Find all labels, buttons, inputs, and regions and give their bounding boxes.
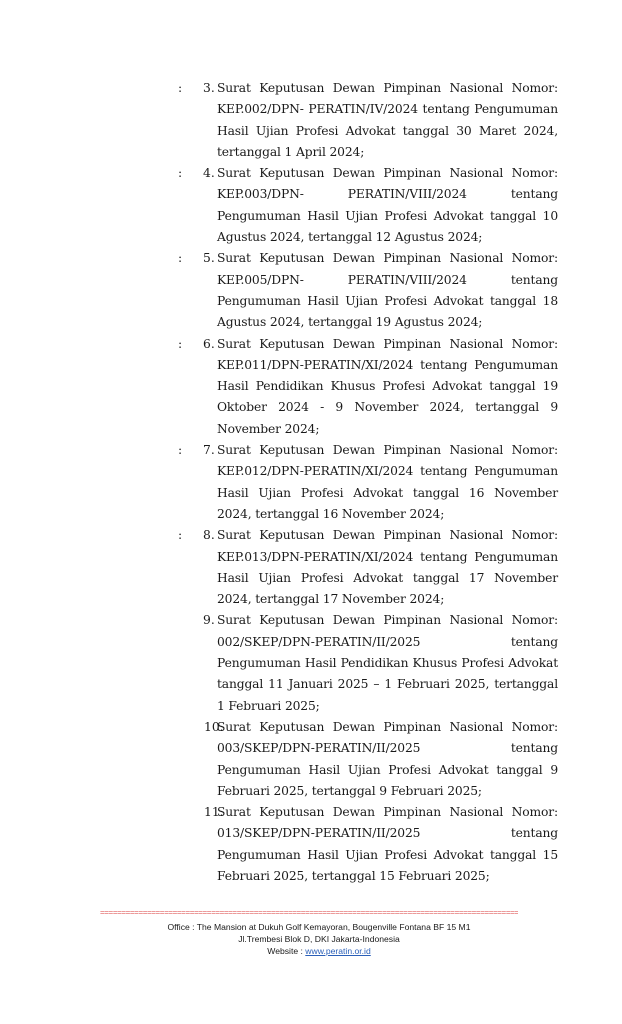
item-number-text: 7. — [177, 440, 217, 461]
item-text: Surat Keputusan Dewan Pimpinan Nasional … — [217, 78, 558, 163]
footer-street-address: Jl.Trembesi Blok D, DKI Jakarta-Indonesi… — [8, 934, 622, 946]
footer-website: Website : www.peratin.or.id — [8, 946, 622, 958]
item-number-text: 8. — [177, 525, 217, 546]
footer-office-address: Office : The Mansion at Dukuh Golf Kemay… — [8, 922, 622, 934]
item-text: Surat Keputusan Dewan Pimpinan Nasional … — [217, 525, 558, 610]
item-number: 9. — [172, 610, 217, 716]
website-link[interactable]: www.peratin.or.id — [305, 946, 370, 956]
website-label: Website : — [267, 946, 305, 956]
list-item: :7.Surat Keputusan Dewan Pimpinan Nasion… — [172, 440, 558, 525]
list-item: 10.Surat Keputusan Dewan Pimpinan Nasion… — [172, 717, 558, 802]
list-item: 9.Surat Keputusan Dewan Pimpinan Nasiona… — [172, 610, 558, 716]
footer-separator: ========================================… — [100, 908, 518, 918]
item-colon: : — [178, 78, 182, 99]
item-colon: : — [178, 248, 182, 269]
list-item: :5.Surat Keputusan Dewan Pimpinan Nasion… — [172, 248, 558, 333]
item-colon: : — [178, 440, 182, 461]
list-item: :3.Surat Keputusan Dewan Pimpinan Nasion… — [172, 78, 558, 163]
item-text: Surat Keputusan Dewan Pimpinan Nasional … — [217, 440, 558, 525]
item-text: Surat Keputusan Dewan Pimpinan Nasional … — [217, 163, 558, 248]
list-item: :8.Surat Keputusan Dewan Pimpinan Nasion… — [172, 525, 558, 610]
document-page: :3.Surat Keputusan Dewan Pimpinan Nasion… — [0, 0, 622, 1024]
list-item: :4.Surat Keputusan Dewan Pimpinan Nasion… — [172, 163, 558, 248]
item-number-text: 9. — [177, 610, 217, 631]
item-colon: : — [178, 334, 182, 355]
item-number-text: 3. — [177, 78, 217, 99]
item-text: Surat Keputusan Dewan Pimpinan Nasional … — [217, 610, 558, 716]
item-number-text: 5. — [177, 248, 217, 269]
item-text: Surat Keputusan Dewan Pimpinan Nasional … — [217, 334, 558, 440]
item-number-text: 4. — [177, 163, 217, 184]
item-number: 10. — [172, 717, 217, 802]
item-text: Surat Keputusan Dewan Pimpinan Nasional … — [217, 717, 558, 802]
item-number-text: 11. — [177, 802, 217, 823]
decision-letter-list: :3.Surat Keputusan Dewan Pimpinan Nasion… — [172, 78, 558, 887]
item-number-text: 10. — [177, 717, 217, 738]
item-colon: : — [178, 163, 182, 184]
item-number-text: 6. — [177, 334, 217, 355]
item-colon: : — [178, 525, 182, 546]
item-text: Surat Keputusan Dewan Pimpinan Nasional … — [217, 802, 558, 887]
item-text: Surat Keputusan Dewan Pimpinan Nasional … — [217, 248, 558, 333]
list-item: :6.Surat Keputusan Dewan Pimpinan Nasion… — [172, 334, 558, 440]
item-number: 11. — [172, 802, 217, 887]
list-item: 11.Surat Keputusan Dewan Pimpinan Nasion… — [172, 802, 558, 887]
